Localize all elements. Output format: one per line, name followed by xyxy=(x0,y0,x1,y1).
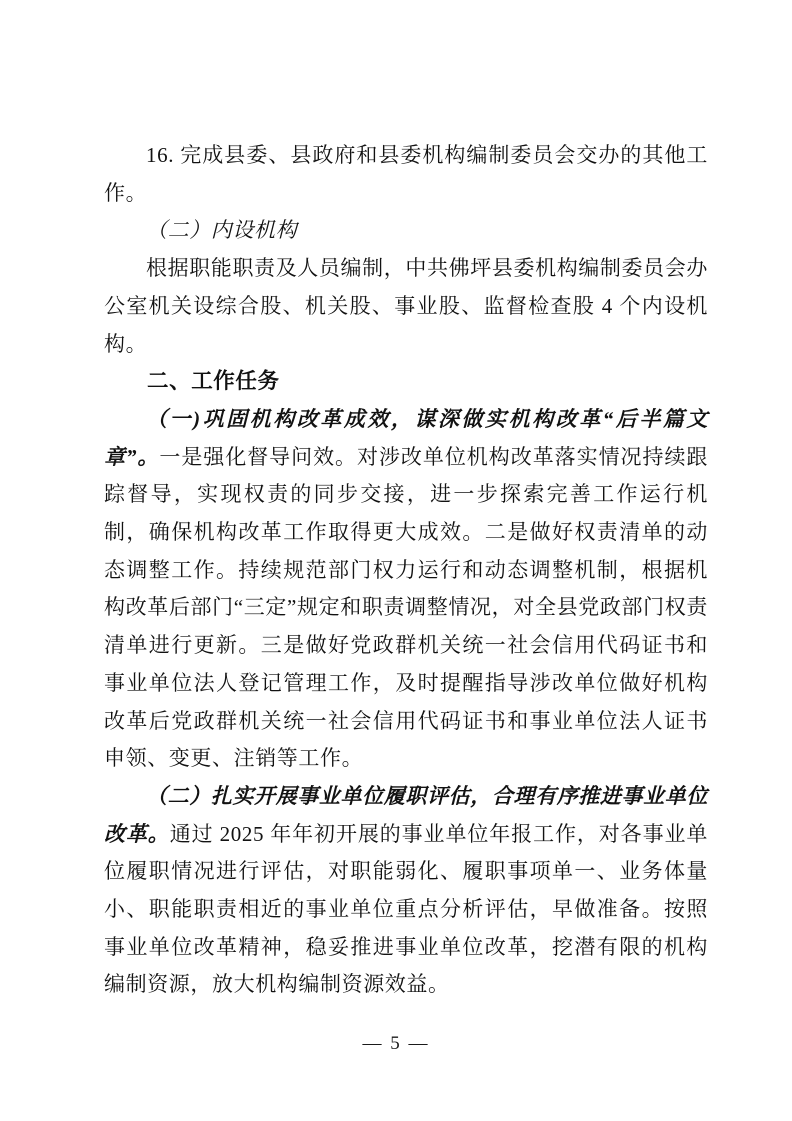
subheading-internal-organs: （二）内设机构 xyxy=(104,212,708,250)
task-2-body-text: 通过 2025 年年初开展的事业单位年报工作，对各事业单位履职情况进行评估，对职… xyxy=(104,822,708,997)
paragraph-internal-organs: 根据职能职责及人员编制，中共佛坪县委机构编制委员会办公室机关设综合股、机关股、事… xyxy=(104,250,708,363)
page-number: — 5 — xyxy=(0,1033,792,1055)
paragraph-task-2: （二）扎实开展事业单位履职评估，合理有序推进事业单位改革。通过 2025 年年初… xyxy=(104,778,708,1004)
document-body: 16. 完成县委、县政府和县委机构编制委员会交办的其他工作。 （二）内设机构 根… xyxy=(104,137,708,1004)
paragraph-item-16: 16. 完成县委、县政府和县委机构编制委员会交办的其他工作。 xyxy=(104,137,708,212)
task-1-body-text: 一是强化督导问效。对涉改单位机构改革落实情况持续跟踪督导，实现权责的同步交接，进… xyxy=(104,445,708,771)
section-heading-work-tasks: 二、工作任务 xyxy=(104,363,708,401)
document-page: 16. 完成县委、县政府和县委机构编制委员会交办的其他工作。 （二）内设机构 根… xyxy=(0,0,792,1121)
paragraph-task-1: （一)巩固机构改革成效，谋深做实机构改革“后半篇文章”。一是强化督导问效。对涉改… xyxy=(104,401,708,778)
